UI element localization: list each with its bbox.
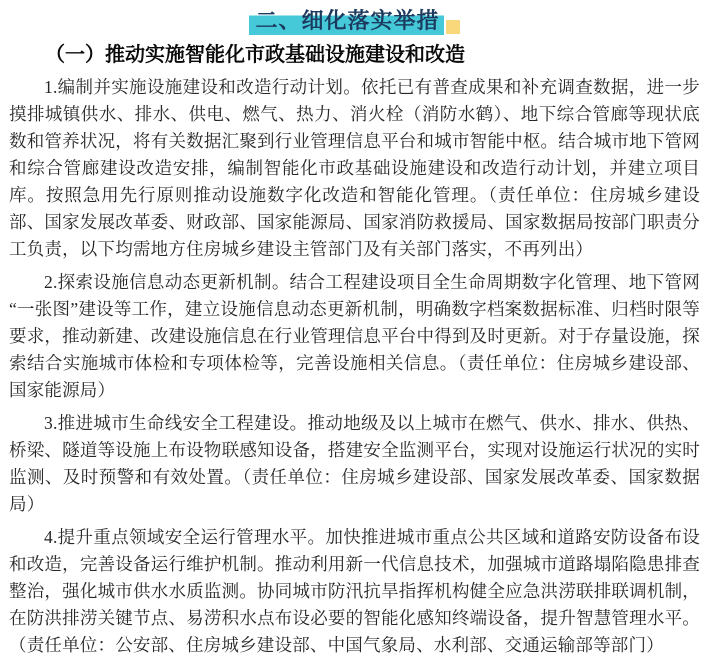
page-title: 二、细化落实举措 bbox=[249, 8, 443, 36]
title-accent-square bbox=[446, 20, 460, 34]
paragraph-1: 1.编制并实施设施建设和改造行动计划。依托已有普查成果和补充调查数据，进一步摸排… bbox=[9, 74, 700, 263]
section-heading: （一）推动实施智能化市政基础设施建设和改造 bbox=[9, 42, 700, 69]
document-page: 二、细化落实举措 （一）推动实施智能化市政基础设施建设和改造 1.编制并实施设施… bbox=[0, 0, 709, 656]
paragraph-2: 2.探索设施信息动态更新机制。结合工程建设项目全生命周期数字化管理、地下管网“一… bbox=[9, 269, 700, 404]
paragraph-3: 3.推进城市生命线安全工程建设。推动地级及以上城市在燃气、供水、排水、供热、桥梁… bbox=[9, 410, 700, 518]
title-row: 二、细化落实举措 bbox=[9, 8, 700, 36]
paragraph-4: 4.提升重点领域安全运行管理水平。加快推进城市重点公共区域和道路安防设备布设和改… bbox=[9, 524, 700, 656]
